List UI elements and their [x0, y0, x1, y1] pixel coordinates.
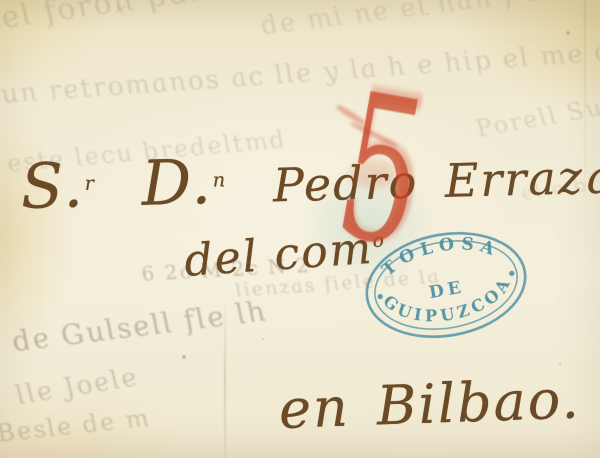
honorific-don-superscript: n — [212, 168, 226, 191]
fold-crease — [224, 295, 226, 458]
ghost-writing-line: el foron purdema — [0, 0, 301, 35]
red-ink-smudge — [350, 160, 396, 188]
honorific-senor-superscript: r — [84, 172, 95, 195]
letter-cover-photo: el foron purdema de mi ne el han f el un… — [0, 0, 600, 458]
recipient-name: Pedro Errazquin. — [272, 147, 600, 212]
paper-mark-x: × — [111, 0, 132, 22]
postmark-de: DE — [427, 277, 466, 303]
red-ink-smudge — [350, 121, 399, 148]
honorific-senor: S. — [20, 148, 86, 223]
postmark-left-dot — [377, 294, 383, 300]
paper-specks — [0, 0, 2, 2]
postmark-right-dot — [509, 270, 515, 276]
ghost-writing-line: Porell Sue — [470, 91, 600, 142]
ghost-writing-line: lle Joele — [10, 363, 145, 411]
ghost-writing-line: de mi ne el han f el — [255, 0, 558, 41]
ghost-writing-line: un retromanos ac lle y la h e hip el me … — [0, 33, 600, 110]
address-line-destination: en Bilbao. — [278, 372, 581, 436]
honorific-don: D. — [141, 145, 214, 220]
ghost-writing-line: Besle de m — [0, 404, 155, 447]
ghost-writing-line: de Gulsell fle lh — [6, 295, 273, 358]
